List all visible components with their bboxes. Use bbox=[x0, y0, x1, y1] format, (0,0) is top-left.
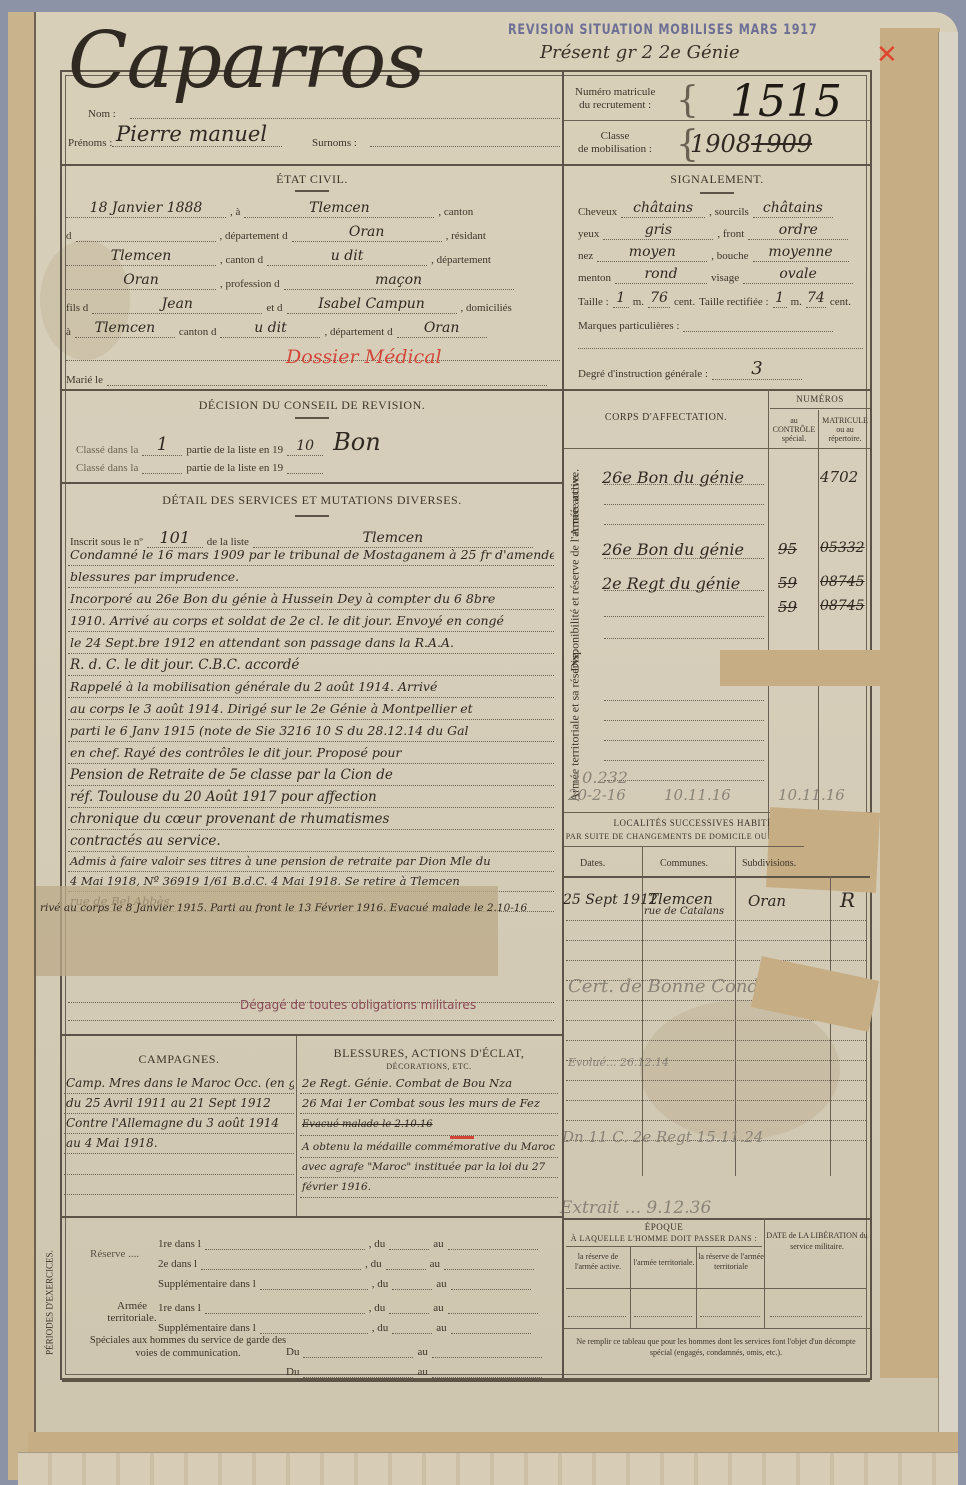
label-cheveux: Cheveux bbox=[578, 206, 617, 218]
periode-row: Supplémentaire dans l , du au bbox=[158, 1316, 531, 1334]
header-rule bbox=[564, 876, 870, 878]
surnoms-line bbox=[370, 146, 560, 147]
label-du: , du bbox=[369, 1238, 386, 1250]
pencil-note: Evolué... 26.12.14 bbox=[568, 1056, 669, 1069]
nom-line bbox=[130, 118, 560, 119]
periode-du bbox=[303, 1360, 413, 1378]
surname-handwritten: Caparros bbox=[68, 16, 424, 106]
taille-cm: 76 bbox=[648, 290, 670, 308]
col-dates: Dates. bbox=[580, 858, 605, 869]
corps-line bbox=[604, 780, 764, 781]
services-title: DÉTAIL DES SERVICES ET MUTATIONS DIVERSE… bbox=[62, 493, 562, 508]
dossier-medical-note: Dossier Médical bbox=[286, 346, 442, 368]
periode-du bbox=[389, 1232, 429, 1250]
header-rule bbox=[564, 448, 870, 449]
tape-note: rivé au corps le 8 Janvier 1915. Parti a… bbox=[40, 902, 527, 914]
prenoms-line bbox=[112, 146, 282, 147]
corps-line bbox=[604, 700, 764, 701]
epoque-col-reserve-territoriale: la réserve de l'armée territoriale bbox=[698, 1252, 764, 1272]
section-rule bbox=[62, 389, 870, 391]
mutation-line: en chef. Rayé des contrôles le dit jour.… bbox=[68, 742, 554, 764]
degre-value: 3 bbox=[712, 358, 802, 380]
periode-du bbox=[392, 1272, 432, 1290]
label-au: au bbox=[436, 1278, 446, 1290]
label-d: d bbox=[66, 230, 72, 242]
blessure-line: février 1916. bbox=[300, 1176, 558, 1198]
blessure-line: 26 Mai 1er Combat sous les murs de Fez bbox=[300, 1092, 558, 1114]
periode-row: Du au bbox=[286, 1340, 542, 1358]
column-divider bbox=[696, 1246, 697, 1328]
periode-lieu bbox=[260, 1316, 368, 1334]
label-departement: , département d bbox=[324, 326, 392, 338]
col-communes: Communes. bbox=[660, 858, 708, 869]
mutation-line: Condamné le 16 mars 1909 par le tribunal… bbox=[68, 544, 554, 566]
periode-lieu bbox=[205, 1232, 365, 1250]
mutation-line: réf. Toulouse du 20 Août 1917 pour affec… bbox=[68, 786, 554, 808]
localite-commune-detail: rue de Catalans bbox=[644, 906, 724, 917]
label-cent: cent. bbox=[674, 296, 695, 308]
father-name: Jean bbox=[92, 296, 262, 314]
prenoms-label: Prénoms : bbox=[68, 137, 112, 149]
residence-departement: Oran bbox=[66, 272, 216, 290]
mutation-line: R. d. C. le dit jour. C.B.C. accordé bbox=[68, 654, 554, 676]
periode-label: 1re dans l bbox=[158, 1302, 201, 1314]
label-partie-liste: partie de la liste en 19 bbox=[186, 444, 283, 456]
column-divider bbox=[768, 389, 769, 839]
label-domicilies: , domiciliés bbox=[461, 302, 512, 314]
nez-row: nez moyen , bouche moyenne bbox=[578, 244, 849, 262]
residence-value: Tlemcen bbox=[66, 248, 216, 266]
nom-label: Nom : bbox=[88, 108, 116, 120]
periode-row: 1re dans l , du au bbox=[158, 1296, 538, 1314]
localite-line bbox=[566, 940, 866, 941]
frayed-page-edge bbox=[18, 1452, 958, 1485]
localite-line bbox=[566, 1100, 866, 1101]
label-cent: cent. bbox=[830, 296, 851, 308]
campagne-line: du 25 Avril 1911 au 21 Sept 1912 bbox=[64, 1092, 294, 1114]
label-a: à bbox=[66, 326, 71, 338]
periode-du bbox=[392, 1316, 432, 1334]
localite-mark: R bbox=[840, 888, 855, 912]
col-controle-header: au CONTRÔLE spécial. bbox=[772, 416, 816, 443]
degre-row: Degré d'instruction générale : 3 bbox=[578, 358, 802, 380]
column-divider bbox=[830, 876, 831, 1176]
epoque-value bbox=[700, 1316, 760, 1317]
liberation-value bbox=[770, 1316, 862, 1317]
title-underline bbox=[295, 190, 329, 192]
label-au: au bbox=[433, 1238, 443, 1250]
birth-place: Tlemcen bbox=[244, 200, 434, 218]
surnoms-label: Surnoms : bbox=[312, 137, 357, 149]
section-rule bbox=[564, 1218, 870, 1220]
periode-row: Du au bbox=[286, 1360, 542, 1378]
pencil-note: Extrait ... 9.12.36 bbox=[560, 1198, 711, 1218]
column-divider bbox=[562, 1034, 564, 1380]
signalement-title: SIGNALEMENT. bbox=[564, 172, 870, 187]
label-canton-d: canton d bbox=[179, 326, 217, 338]
periode-label: Du bbox=[286, 1346, 299, 1358]
label-partie-liste: partie de la liste en 19 bbox=[186, 462, 283, 474]
corps-line bbox=[604, 720, 764, 721]
corps-line bbox=[604, 504, 764, 505]
birth-row: 18 Janvier 1888 , à Tlemcen , canton bbox=[66, 200, 560, 218]
periode-row: 1re dans l , du au bbox=[158, 1232, 538, 1250]
label-taille-rectifiee: Taille rectifiée : bbox=[699, 296, 768, 308]
label-yeux: yeux bbox=[578, 228, 599, 240]
residence-row: Tlemcen , canton d u dit , département bbox=[66, 248, 560, 266]
periode-au bbox=[451, 1272, 531, 1290]
birth-date: 18 Janvier 1888 bbox=[66, 200, 226, 218]
column-divider bbox=[562, 164, 564, 390]
date-liberation-header: DATE de LA LIBÉRATION du service militai… bbox=[766, 1230, 868, 1252]
label-departement: , département d bbox=[220, 230, 288, 242]
conseil-year-1: 10 bbox=[287, 438, 323, 456]
label-et-d: et d bbox=[266, 302, 282, 314]
periode-label: Supplémentaire dans l bbox=[158, 1322, 256, 1334]
corps-row-3: 2e Regt du génie bbox=[602, 574, 740, 593]
prenoms-value: Pierre manuel bbox=[116, 122, 267, 146]
periode-row: Supplémentaire dans l , du au bbox=[158, 1272, 531, 1290]
header-rule bbox=[566, 1246, 762, 1247]
label-classe-dans: Classé dans la bbox=[76, 462, 138, 474]
label-residant: , résidant bbox=[446, 230, 486, 242]
blank-line bbox=[64, 1174, 294, 1175]
periode-au bbox=[451, 1316, 531, 1334]
parents-canton: u dit bbox=[220, 320, 320, 338]
marques-value bbox=[683, 314, 833, 332]
epoque-value bbox=[568, 1316, 626, 1317]
parents-place-row: à Tlemcen canton d u dit , département d… bbox=[66, 320, 560, 338]
section-rule bbox=[62, 1034, 562, 1036]
periode-au bbox=[448, 1232, 538, 1250]
mutation-line: Pension de Retraite de 5e classe par la … bbox=[68, 764, 554, 786]
label-au: au bbox=[417, 1346, 427, 1358]
section-rule bbox=[62, 164, 870, 166]
periodes-side-label: PÉRIODES D'EXERCICES. bbox=[44, 1243, 57, 1363]
mutation-line: Incorporé au 26e Bon du génie à Hussein … bbox=[68, 588, 554, 610]
nez-value: moyen bbox=[597, 244, 707, 262]
label-nez: nez bbox=[578, 250, 593, 262]
periode-lieu bbox=[205, 1296, 365, 1314]
label-departement: , département bbox=[431, 254, 491, 266]
yeux-value: gris bbox=[603, 222, 713, 240]
marie-value bbox=[107, 368, 547, 386]
epoque-col-territoriale: l'armée territoriale. bbox=[632, 1258, 696, 1268]
parents-departement: Oran bbox=[397, 320, 487, 338]
blessure-line: 2e Regt. Génie. Combat de Bou Nza bbox=[300, 1072, 558, 1094]
label-classe-dans: Classé dans la bbox=[76, 444, 138, 456]
periode-row: 2e dans l , du au bbox=[158, 1252, 534, 1270]
classe-struck-value: 1909 bbox=[751, 130, 812, 158]
classe-value: 1908 bbox=[690, 130, 751, 158]
handwritten-status-note: Présent gr 2 2e Génie bbox=[540, 42, 740, 63]
header-divider bbox=[562, 72, 564, 164]
corps-line bbox=[604, 760, 764, 761]
column-divider bbox=[818, 410, 819, 840]
brace: { bbox=[676, 80, 699, 121]
blessure-line-struck: Evacué malade le 2.10.16 bbox=[300, 1114, 558, 1136]
campagne-line: Camp. Mres dans le Maroc Occ. (en guerre… bbox=[64, 1072, 294, 1094]
classe-label-line2: de mobilisation : bbox=[578, 143, 652, 156]
mutation-line: blessures par imprudence. bbox=[68, 566, 554, 588]
controle-row-4: 59 bbox=[778, 598, 797, 616]
header-rule bbox=[564, 1328, 870, 1329]
epoque-value bbox=[634, 1316, 692, 1317]
label-du: , du bbox=[365, 1258, 382, 1270]
label-au: au bbox=[436, 1322, 446, 1334]
label-degre: Degré d'instruction générale : bbox=[578, 368, 708, 380]
cheveux-value: châtains bbox=[621, 200, 705, 218]
label-front: , front bbox=[717, 228, 744, 240]
epoque-subtitle: À LAQUELLE L'HOMME DOIT PASSER DANS : bbox=[564, 1234, 764, 1243]
conseil-row-2: Classé dans la partie de la liste en 19 bbox=[76, 456, 323, 474]
periode-lieu bbox=[260, 1272, 368, 1290]
label-au: au bbox=[433, 1302, 443, 1314]
yeux-row: yeux gris , front ordre bbox=[578, 222, 848, 240]
header-rule bbox=[564, 120, 870, 121]
header-rule bbox=[564, 846, 804, 847]
taille-row: Taille : 1 m. 76 cent. Taille rectifiée … bbox=[578, 290, 851, 308]
periode-au bbox=[432, 1340, 542, 1358]
taille-m: 1 bbox=[613, 290, 629, 308]
mutation-line: 1910. Arrivé au corps et soldat de 2e cl… bbox=[68, 610, 554, 632]
periode-lieu bbox=[201, 1252, 361, 1270]
taille-rect-m: 1 bbox=[773, 290, 787, 308]
mutation-line: parti le 6 Janv 1915 (note de Sie 3216 1… bbox=[68, 720, 554, 742]
corps-line bbox=[604, 740, 764, 741]
matricule-row-2: 05332 bbox=[820, 540, 865, 556]
residence-canton: u dit bbox=[267, 248, 427, 266]
pencil-note: Dn 11 C. 2e Regt 15.11.24 bbox=[562, 1128, 763, 1146]
degage-stamp: Dégagé de toutes obligations militaires bbox=[240, 998, 476, 1012]
departement-value: Oran bbox=[292, 224, 442, 242]
conseil-row-1: Classé dans la 1 partie de la liste en 1… bbox=[76, 428, 381, 456]
periode-du bbox=[389, 1296, 429, 1314]
label-visage: visage bbox=[711, 272, 739, 284]
binding-spine bbox=[8, 12, 36, 1480]
label-au: au bbox=[417, 1366, 427, 1378]
repair-tape bbox=[720, 650, 880, 686]
label-fils: fils d bbox=[66, 302, 88, 314]
label-m: m. bbox=[633, 296, 644, 308]
mutation-line: contractés au service. bbox=[68, 830, 554, 852]
sourcils-value: châtains bbox=[753, 200, 833, 218]
epoque-col-reserve: la réserve de l'armée active. bbox=[566, 1252, 630, 1272]
menton-value: rond bbox=[615, 266, 707, 284]
matricule-row-1: 4702 bbox=[820, 468, 858, 486]
controle-row-2: 95 bbox=[778, 540, 797, 558]
section-rule bbox=[62, 482, 562, 484]
campagnes-title: CAMPAGNES. bbox=[62, 1052, 296, 1067]
blessures-title: BLESSURES, ACTIONS D'ÉCLAT, bbox=[298, 1046, 560, 1061]
periode-label: Supplémentaire dans l bbox=[158, 1278, 256, 1290]
matricule-row-3: 08745 bbox=[820, 574, 865, 590]
marie-row: Marié le bbox=[66, 368, 560, 386]
periode-au bbox=[448, 1296, 538, 1314]
label-canton: , canton bbox=[438, 206, 473, 218]
conseil-title: DÉCISION DU CONSEIL DE REVISION. bbox=[62, 398, 562, 413]
pencil-note: 10.11.16 bbox=[778, 786, 845, 804]
conseil-part-2 bbox=[142, 456, 182, 474]
pencil-note: 10.232 bbox=[572, 768, 628, 787]
periode-label: Du bbox=[286, 1366, 299, 1378]
section-rule bbox=[62, 1216, 562, 1218]
corps-header: CORPS D'AFFECTATION. bbox=[564, 412, 768, 423]
mutation-line: Admis à faire valoir ses titres à une pe… bbox=[68, 850, 554, 872]
label-menton: menton bbox=[578, 272, 611, 284]
etat-civil-title: ÉTAT CIVIL. bbox=[62, 172, 562, 187]
matricule-label: Numéro matricule du recrutement : bbox=[575, 86, 655, 112]
reserve-label: Réserve .... bbox=[90, 1248, 139, 1260]
header-rule bbox=[566, 1288, 866, 1289]
marques-row: Marques particulières : bbox=[578, 314, 833, 332]
col-subdivisions: Subdivisions. bbox=[742, 858, 796, 869]
periode-label: 2e dans l bbox=[158, 1258, 197, 1270]
parents-place: Tlemcen bbox=[75, 320, 175, 338]
epoque-title: ÉPOQUE bbox=[564, 1222, 764, 1232]
repair-tape-right bbox=[880, 28, 940, 1378]
profession-value: maçon bbox=[284, 272, 514, 290]
title-underline bbox=[700, 192, 734, 194]
localite-line bbox=[566, 920, 866, 921]
label-du: , du bbox=[369, 1302, 386, 1314]
localite-subdivision: Oran bbox=[748, 892, 786, 910]
blank-line bbox=[578, 348, 863, 349]
epoque-note: Ne remplir ce tableau que pour les homme… bbox=[566, 1336, 866, 1358]
periode-au bbox=[444, 1252, 534, 1270]
column-divider bbox=[296, 1036, 297, 1216]
title-underline bbox=[295, 417, 329, 419]
label-au: au bbox=[430, 1258, 440, 1270]
blank-line bbox=[64, 1194, 294, 1195]
localite-line bbox=[566, 960, 866, 961]
label-bouche: , bouche bbox=[711, 250, 748, 262]
label-du: , du bbox=[372, 1278, 389, 1290]
title-underline bbox=[295, 515, 329, 517]
label-canton-d: , canton d bbox=[220, 254, 263, 266]
localite-line bbox=[566, 1120, 866, 1121]
territoriale-label: Armée territoriale. bbox=[100, 1300, 164, 1324]
mutation-line: Rappelé à la mobilisation générale du 2 … bbox=[68, 676, 554, 698]
section-rule bbox=[62, 1380, 870, 1382]
corps-row-2: 26e Bon du génie bbox=[602, 540, 744, 559]
visage-value: ovale bbox=[743, 266, 853, 284]
corps-line bbox=[604, 616, 764, 617]
dept-row: d , département d Oran , résidant bbox=[66, 224, 560, 242]
red-cross-mark-icon: ✕ bbox=[876, 40, 898, 70]
conseil-part-1: 1 bbox=[142, 434, 182, 456]
localite-line bbox=[566, 1040, 866, 1041]
taille-rect-cm: 74 bbox=[806, 290, 826, 308]
classe-label-line1: Classe bbox=[578, 130, 652, 143]
mother-name: Isabel Campun bbox=[287, 296, 457, 314]
speciales-label: Spéciales aux hommes du service de garde… bbox=[88, 1334, 288, 1360]
blessure-line: A obtenu la médaille commémorative du Ma… bbox=[300, 1136, 558, 1158]
conseil-decision: Bon bbox=[333, 428, 381, 456]
mutation-line: chronique du cœur provenant de rhumatism… bbox=[68, 808, 554, 830]
numeros-header: NUMÉROS bbox=[770, 394, 870, 404]
campagne-line: au 4 Mai 1918. bbox=[64, 1132, 294, 1154]
profession-row: Oran , profession d maçon bbox=[66, 272, 560, 290]
pencil-note: 10.11.16 bbox=[664, 786, 731, 804]
corps-row-1: 26e Bon du génie bbox=[602, 468, 744, 487]
mutation-line: au corps le 3 août 1914. Dirigé sur le 2… bbox=[68, 698, 554, 720]
periode-au bbox=[432, 1360, 542, 1378]
mutation-line: le 24 Sept.bre 1912 en attendant son pas… bbox=[68, 632, 554, 654]
cheveux-row: Cheveux châtains , sourcils châtains bbox=[578, 200, 833, 218]
repair-tape-middle bbox=[36, 886, 498, 976]
classe-mobilisation: 19081909 bbox=[690, 130, 812, 158]
label-du: , du bbox=[372, 1322, 389, 1334]
label-sourcils: , sourcils bbox=[709, 206, 749, 218]
conseil-year-2 bbox=[287, 456, 323, 474]
header-rule bbox=[770, 408, 870, 409]
revision-stamp: REVISION SITUATION MOBILISES MARS 1917 bbox=[508, 22, 818, 38]
parents-row: fils d Jean et d Isabel Campun , domicil… bbox=[66, 296, 560, 314]
matricule-label-line1: Numéro matricule bbox=[575, 86, 655, 99]
matricule-row-4: 08745 bbox=[820, 598, 865, 614]
column-divider bbox=[562, 389, 564, 1049]
label-taille: Taille : bbox=[578, 296, 609, 308]
menton-row: menton rond visage ovale bbox=[578, 266, 853, 284]
column-divider bbox=[764, 1218, 765, 1328]
pencil-note: 20-2-16 bbox=[568, 786, 626, 804]
corps-line bbox=[604, 638, 764, 639]
column-divider bbox=[630, 1246, 631, 1328]
label-profession: , profession d bbox=[220, 278, 280, 290]
col-matricule-header: MATRICULE ou au répertoire. bbox=[820, 416, 870, 443]
periode-du bbox=[386, 1252, 426, 1270]
canton-value bbox=[76, 224, 216, 242]
controle-row-3: 59 bbox=[778, 574, 797, 592]
column-divider bbox=[735, 846, 736, 1176]
blank-line bbox=[68, 1020, 554, 1021]
bouche-value: moyenne bbox=[753, 244, 849, 262]
classe-label: Classe de mobilisation : bbox=[578, 130, 652, 156]
campagne-line: Contre l'Allemagne du 3 août 1914 bbox=[64, 1112, 294, 1134]
label-marie: Marié le bbox=[66, 374, 103, 386]
label-a: , à bbox=[230, 206, 240, 218]
page-edge-right bbox=[938, 32, 958, 1462]
periode-du bbox=[303, 1340, 413, 1358]
blessure-line: avec agrafe "Maroc" instituée par la loi… bbox=[300, 1156, 558, 1178]
front-value: ordre bbox=[748, 222, 848, 240]
blessures-subtitle: DÉCORATIONS, ETC. bbox=[298, 1062, 560, 1071]
localite-line bbox=[566, 1080, 866, 1081]
repair-tape bbox=[766, 807, 880, 893]
periode-label: 1re dans l bbox=[158, 1238, 201, 1250]
corps-line bbox=[604, 524, 764, 525]
label-marques: Marques particulières : bbox=[578, 320, 679, 332]
label-m: m. bbox=[791, 296, 802, 308]
matricule-label-line2: du recrutement : bbox=[575, 99, 655, 112]
